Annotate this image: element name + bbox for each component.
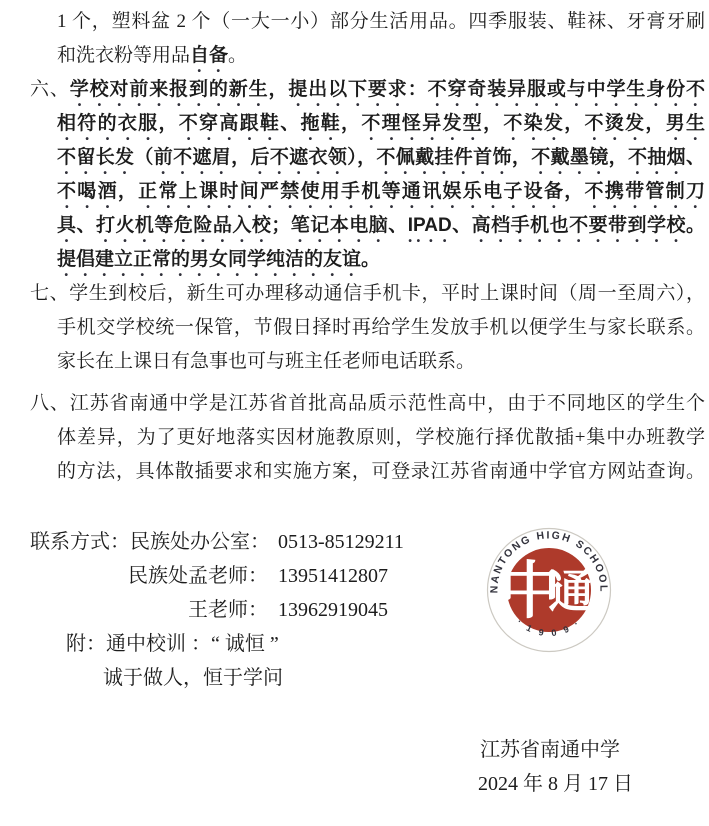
document-page: 1 个，塑料盆 2 个（一大一小）部分生活用品。四季服装、鞋袜、牙膏牙刷 和洗衣…	[0, 0, 709, 801]
item-number: 七、	[30, 283, 69, 304]
item-text-line: 体差异，为了更好地落实因材施教原则，学校施行择优散插+集中办班教学	[30, 421, 705, 455]
body-text: 和洗衣粉等用品	[57, 45, 190, 66]
item-text-line: 六、学校对前来报到的新生，提出以下要求：不穿奇装异服或与中学生身份不	[30, 73, 705, 107]
body-text-line: 和洗衣粉等用品自备。	[30, 39, 705, 73]
body-text-line: 1 个，塑料盆 2 个（一大一小）部分生活用品。四季服装、鞋袜、牙膏牙刷	[30, 5, 705, 39]
contact-label: 联系方式：民族处办公室：	[30, 525, 268, 559]
list-item-7: 七、学生到校后，新生可办理移动通信手机卡，平时上课时间（周一至周六）， 手机交学…	[30, 277, 705, 379]
item-text: 江苏省南通中学是江苏省首批高品质示范性高中，由于不同地区的学生个	[70, 393, 705, 414]
list-item-8: 八、江苏省南通中学是江苏省首批高品质示范性高中，由于不同地区的学生个 体差异，为…	[30, 387, 705, 489]
contact-phone-number: 13962919045	[278, 593, 388, 627]
item-text-line: 具、打火机等危险品入校；笔记本电脑、IPAD、高档手机也不要带到学校。	[30, 209, 705, 243]
item-text-line: 八、江苏省南通中学是江苏省首批高品质示范性高中，由于不同地区的学生个	[30, 387, 705, 421]
school-seal: NANTONG HIGH SCHOOL · 1 9 0 9 · 中 通	[486, 527, 612, 653]
contact-label: 王老师：	[30, 593, 268, 627]
item-text-line: 家长在上课日有急事也可与班主任老师电话联系。	[30, 345, 705, 379]
item-text-line: 的方法，具体散插要求和实施方案，可登录江苏省南通中学官方网站查询。	[30, 455, 705, 489]
item-text: 学生到校后，新生可办理移动通信手机卡，平时上课时间（周一至周六），	[69, 283, 705, 304]
signature-date: 2024 年 8 月 17 日	[478, 767, 705, 801]
item-text-line: 不喝酒，正常上课时间严禁使用手机等通讯娱乐电子设备，不携带管制刀	[30, 175, 705, 209]
contact-phone-number: 13951412807	[278, 559, 388, 593]
list-item-6: 六、学校对前来报到的新生，提出以下要求：不穿奇装异服或与中学生身份不 相符的衣服…	[30, 73, 705, 277]
emphasized-text: 自备	[190, 45, 228, 66]
intro-paragraph: 1 个，塑料盆 2 个（一大一小）部分生活用品。四季服装、鞋袜、牙膏牙刷 和洗衣…	[30, 5, 705, 73]
body-text: 。	[228, 45, 247, 66]
item-text: 学校对前来报到的新生，提出以下要求：不穿奇装异服或与中学生身份不	[70, 79, 705, 100]
item-number: 八、	[30, 393, 70, 414]
contact-label: 民族处孟老师：	[30, 559, 268, 593]
item-text-line: 提倡建立正常的男女同学纯洁的友谊。	[30, 243, 705, 277]
contact-phone-number: 0513-85129211	[278, 525, 404, 559]
seal-center-character-tong: 通	[548, 567, 593, 617]
signature-block: 江苏省南通中学 2024 年 8 月 17 日	[30, 733, 705, 801]
item-text-line: 相符的衣服，不穿高跟鞋、拖鞋，不理怪异发型，不染发，不烫发，男生	[30, 107, 705, 141]
motto-line: 诚于做人，恒于学问	[103, 661, 705, 695]
item-text-line: 七、学生到校后，新生可办理移动通信手机卡，平时上课时间（周一至周六），	[30, 277, 705, 311]
item-text-line: 不留长发（前不遮眉，后不遮衣领），不佩戴挂件首饰，不戴墨镜，不抽烟、	[30, 141, 705, 175]
signature-school-name: 江苏省南通中学	[480, 733, 705, 767]
item-number: 六、	[30, 79, 70, 100]
item-text-line: 手机交学校统一保管，节假日择时再给学生发放手机以便学生与家长联系。	[30, 311, 705, 345]
